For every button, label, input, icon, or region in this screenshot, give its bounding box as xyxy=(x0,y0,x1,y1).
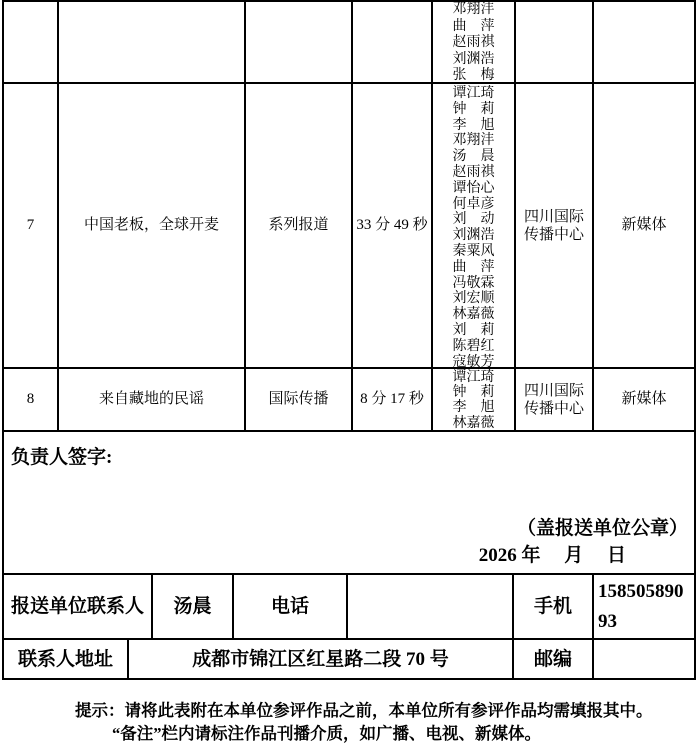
cell-creators: 邓翔沣 曲 萍 赵雨祺 刘渊浩 张 梅 xyxy=(433,2,516,82)
mobile-label: 手机 xyxy=(514,575,594,638)
footer-note-line1: 提示：请将此表附在本单位参评作品之前，本单位所有参评作品均需填报其中。 xyxy=(0,699,698,722)
contact-name: 汤晨 xyxy=(153,575,234,638)
cell-category xyxy=(246,2,353,82)
cell-category: 国际传播 xyxy=(246,369,353,430)
entry-table: 邓翔沣 曲 萍 赵雨祺 刘渊浩 张 梅 7 中国老板，全球开麦 系列报道 33 … xyxy=(2,0,696,680)
cell-title xyxy=(59,2,246,82)
table-row-partial: 邓翔沣 曲 萍 赵雨祺 刘渊浩 张 梅 xyxy=(4,2,694,84)
cell-duration xyxy=(353,2,433,82)
mobile-value-cell: 158505890 93 xyxy=(594,575,694,638)
signature-label: 负责人签字: xyxy=(4,432,694,469)
signature-section: 负责人签字: （盖报送单位公章） 2026 年 月 日 xyxy=(4,432,694,575)
cell-title: 来自藏地的民谣 xyxy=(59,369,246,430)
cell-duration: 8 分 17 秒 xyxy=(353,369,433,430)
cell-unit xyxy=(516,2,594,82)
form-sheet: 邓翔沣 曲 萍 赵雨祺 刘渊浩 张 梅 7 中国老板，全球开麦 系列报道 33 … xyxy=(0,0,698,743)
unit-text: 四川国际传播中心 xyxy=(516,382,592,418)
cell-unit: 四川国际传播中心 xyxy=(516,369,594,430)
cell-no: 8 xyxy=(4,369,59,430)
unit-text: 四川国际传播中心 xyxy=(516,208,592,244)
phone-value-cell xyxy=(348,575,514,638)
address-row: 联系人地址 成都市锦江区红星路二段 70 号 邮编 xyxy=(4,640,694,678)
cell-unit: 四川国际传播中心 xyxy=(516,84,594,367)
cell-category: 系列报道 xyxy=(246,84,353,367)
cell-no xyxy=(4,2,59,82)
contact-label: 报送单位联系人 xyxy=(4,575,153,638)
address-label: 联系人地址 xyxy=(4,640,129,678)
cell-creators: 谭江琦 钟 莉 李 旭 林嘉薇 xyxy=(433,369,516,430)
seal-and-date: （盖报送单位公章） 2026 年 月 日 xyxy=(4,515,694,573)
postcode-label: 邮编 xyxy=(514,640,594,678)
seal-note: （盖报送单位公章） xyxy=(4,515,694,542)
cell-creators: 谭江琦 钟 莉 李 旭 邓翔沣 汤 晨 赵雨祺 谭怡心 何卓彦 刘 动 刘渊浩 … xyxy=(433,84,516,367)
cell-remark: 新媒体 xyxy=(594,84,694,367)
footer-note: 提示：请将此表附在本单位参评作品之前，本单位所有参评作品均需填报其中。 “备注”… xyxy=(0,699,698,743)
table-row-8: 8 来自藏地的民谣 国际传播 8 分 17 秒 谭江琦 钟 莉 李 旭 林嘉薇 … xyxy=(4,369,694,432)
contact-row: 报送单位联系人 汤晨 电话 手机 158505890 93 xyxy=(4,575,694,640)
mobile-value-line1: 158505890 xyxy=(598,577,684,607)
cell-remark xyxy=(594,2,694,82)
postcode-value-cell xyxy=(594,640,694,678)
cell-duration: 33 分 49 秒 xyxy=(353,84,433,367)
cell-remark: 新媒体 xyxy=(594,369,694,430)
cell-title: 中国老板，全球开麦 xyxy=(59,84,246,367)
mobile-value-line2: 93 xyxy=(598,607,617,637)
address-value: 成都市锦江区红星路二段 70 号 xyxy=(129,640,514,678)
footer-note-line2: “备注”栏内请标注作品刊播介质，如广播、电视、新媒体。 xyxy=(0,722,698,743)
table-row-7: 7 中国老板，全球开麦 系列报道 33 分 49 秒 谭江琦 钟 莉 李 旭 邓… xyxy=(4,84,694,369)
date-line: 2026 年 月 日 xyxy=(4,542,694,573)
phone-label: 电话 xyxy=(234,575,348,638)
cell-no: 7 xyxy=(4,84,59,367)
